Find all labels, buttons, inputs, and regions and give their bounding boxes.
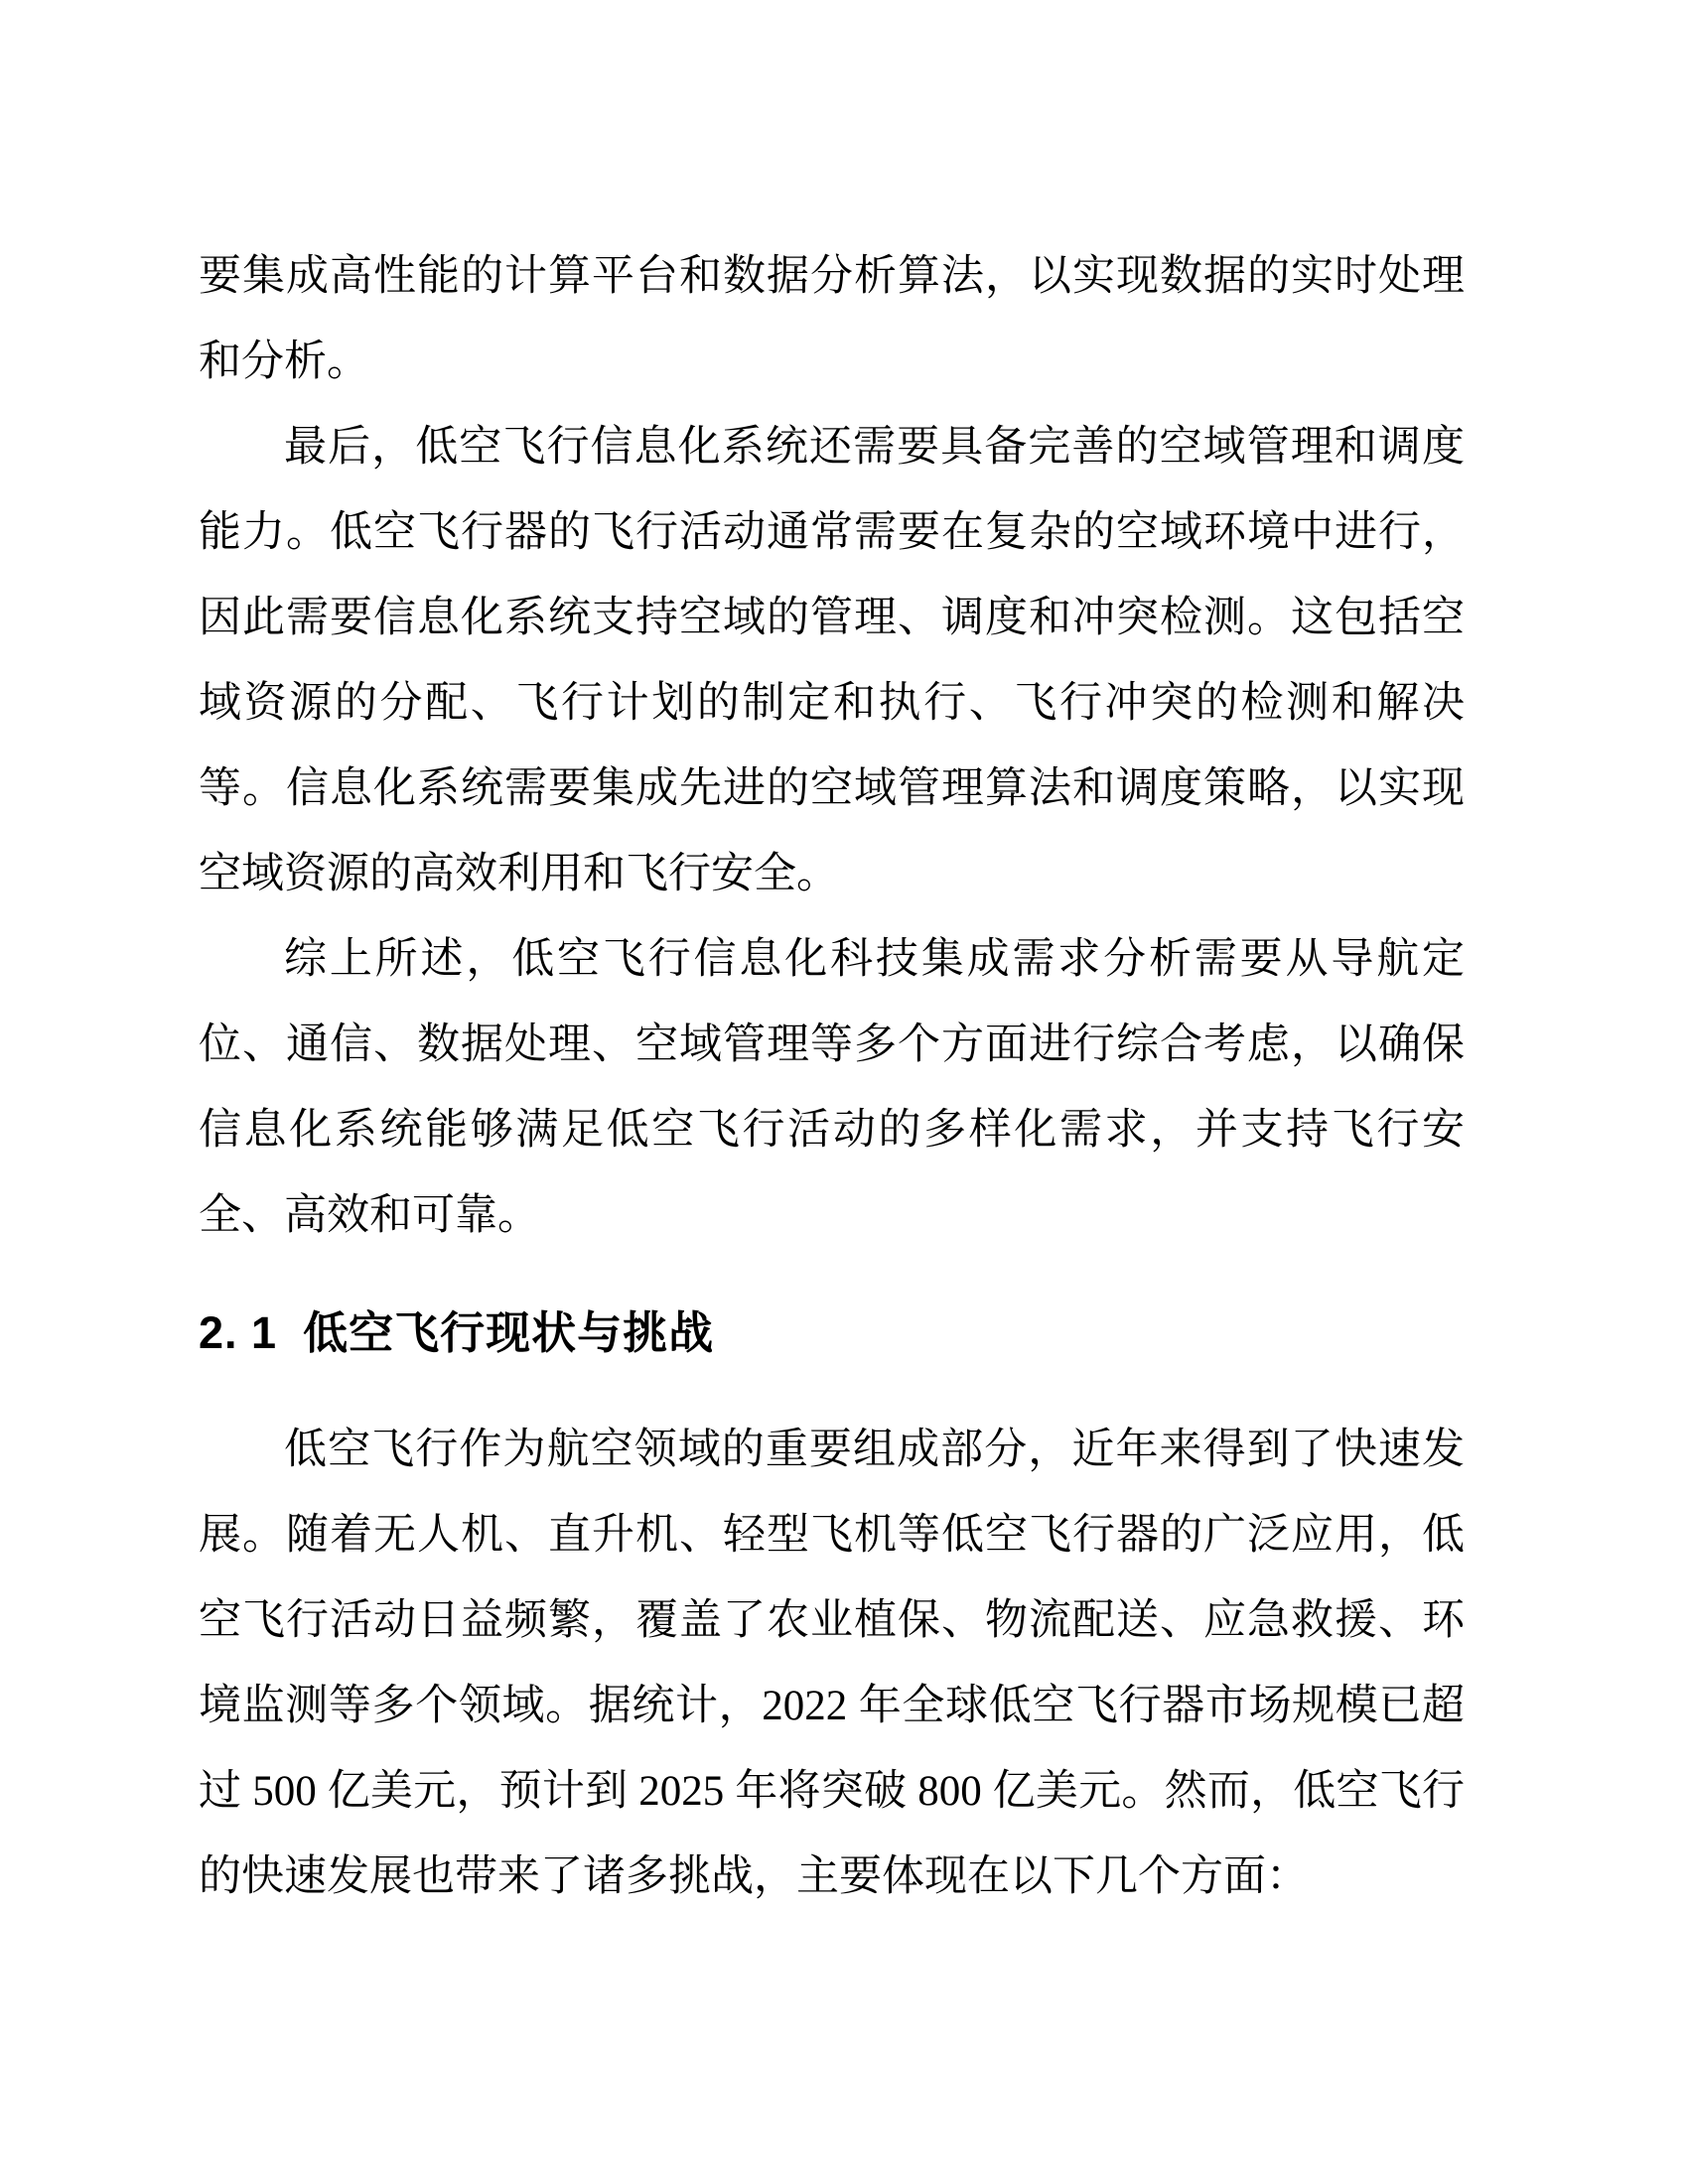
section-heading: 2. 1低空飞行现状与挑战 — [199, 1302, 1465, 1364]
body-paragraph: 综上所述，低空飞行信息化科技集成需求分析需要从导航定位、通信、数据处理、空域管理… — [199, 917, 1465, 1259]
body-paragraph: 最后，低空飞行信息化系统还需要具备完善的空域管理和调度能力。低空飞行器的飞行活动… — [199, 405, 1465, 917]
section-title: 低空飞行现状与挑战 — [303, 1307, 714, 1358]
body-paragraph: 要集成高性能的计算平台和数据分析算法，以实现数据的实时处理和分析。 — [199, 234, 1465, 405]
body-paragraph: 低空飞行作为航空领域的重要组成部分，近年来得到了快速发展。随着无人机、直升机、轻… — [199, 1408, 1465, 1920]
section-number: 2. 1 — [199, 1302, 277, 1364]
document-page: 要集成高性能的计算平台和数据分析算法，以实现数据的实时处理和分析。 最后，低空飞… — [0, 0, 1688, 2184]
